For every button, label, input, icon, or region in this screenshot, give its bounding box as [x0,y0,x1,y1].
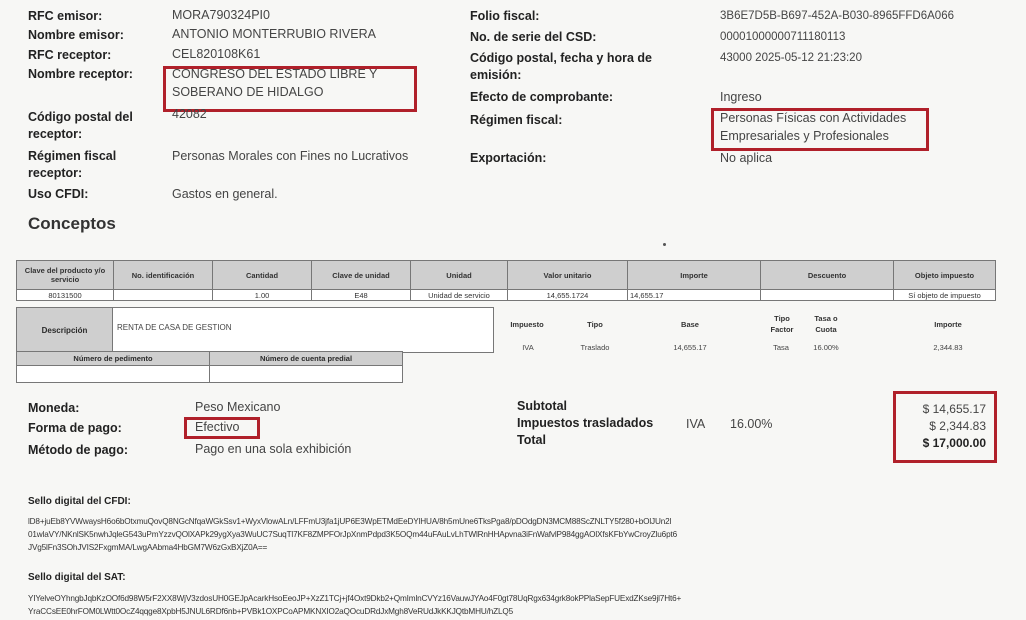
moneda-label: Moneda: [28,400,79,416]
tax-importe: 2,344.83 [918,343,978,352]
folio-label: Folio fiscal: [470,8,539,24]
sello-sat-label: Sello digital del SAT: [28,572,126,583]
rfc-receptor-label: RFC receptor: [28,47,111,63]
cell-valor-unitario: 14,655.1724 [508,290,628,301]
sello-sat-line2: YraCCsEE0hrFOM0LWtt0OcZ4qqge8XpbH5JNUL6R… [28,606,1018,619]
exportacion-label: Exportación: [470,150,546,166]
col-cantidad: Cantidad [213,261,312,290]
regimen-receptor-value: Personas Morales con Fines no Lucrativos [172,148,408,165]
col-importe: Importe [628,261,761,290]
tax-base: 14,655.17 [660,343,720,352]
cell-clave-unidad: E48 [312,290,411,301]
stray-dot [663,243,666,246]
subtotal-value: $ 14,655.17 [896,403,986,416]
cell-objeto-impuesto: Sí objeto de impuesto [894,290,996,301]
rfc-emisor-value: MORA790324PI0 [172,7,270,24]
efecto-value: Ingreso [720,89,762,106]
uso-cfdi-value: Gastos en general. [172,186,278,203]
col-valor-unitario: Valor unitario [508,261,628,290]
highlight-regimen-fiscal [711,108,929,151]
cell-importe: 14,655.17 [628,290,761,301]
tax-header-tipo: Tipo [575,320,615,329]
tax-header-impuesto: Impuesto [502,320,552,329]
col-clave-producto: Clave del producto y/o servicio [17,261,114,290]
metodo-pago-value: Pago en una sola exhibición [195,441,351,458]
impuesto-tasa: 16.00% [730,416,772,433]
forma-pago-label: Forma de pago: [28,420,122,436]
highlight-forma-pago [184,417,260,439]
rfc-emisor-label: RFC emisor: [28,8,102,24]
conceptos-header-row: Clave del producto y/o servicio No. iden… [17,261,996,290]
regimen-receptor-label-line1: Régimen fiscal [28,148,116,164]
tax-header-tasa-cuota: Tasa o Cuota [806,313,846,335]
impuesto-tipo: IVA [686,416,705,433]
col-objeto-impuesto: Objeto impuesto [894,261,996,290]
total-label: Total [517,434,546,447]
cell-cantidad: 1.00 [213,290,312,301]
pedimento-value [17,366,210,383]
sello-cfdi-label: Sello digital del CFDI: [28,496,131,507]
col-clave-unidad: Clave de unidad [312,261,411,290]
metodo-pago-label: Método de pago: [28,442,128,458]
moneda-value: Peso Mexicano [195,399,280,416]
nombre-emisor-value: ANTONIO MONTERRUBIO RIVERA [172,26,376,43]
table-row: 80131500 1.00 E48 Unidad de servicio 14,… [17,290,996,301]
regimen-receptor-label-line2: receptor: [28,165,82,181]
col-unidad: Unidad [411,261,508,290]
exportacion-value: No aplica [720,150,772,167]
tax-impuesto: IVA [510,343,546,352]
total-value: $ 17,000.00 [896,437,986,450]
cell-no-identificacion [114,290,213,301]
regimen-label: Régimen fiscal: [470,112,562,128]
tax-tipo-factor: Tasa [766,343,796,352]
sello-cfdi-line2: 01wlaVY/NKnlSK5nwhJqleG543uPmYzzvQOlXAPk… [28,529,1018,542]
conceptos-heading: Conceptos [28,214,116,234]
descripcion-value: RENTA DE CASA DE GESTION [117,323,232,332]
efecto-label: Efecto de comprobante: [470,89,613,105]
serie-csd-label: No. de serie del CSD: [470,29,596,45]
col-no-identificacion: No. identificación [114,261,213,290]
cp-fecha-label-line2: emisión: [470,67,521,83]
serie-csd-value: 00001000000711180113 [720,29,845,46]
pedimento-table: Número de pedimento Número de cuenta pre… [16,351,403,383]
tax-header-tipo-factor: Tipo Factor [762,313,802,335]
folio-value: 3B6E7D5B-B697-452A-B030-8965FFD6A066 [720,8,954,25]
tax-header-importe: Importe [918,320,978,329]
cell-descuento [761,290,894,301]
cell-unidad: Unidad de servicio [411,290,508,301]
descripcion-label: Descripción [17,308,113,352]
cp-receptor-value: 42082 [172,106,207,123]
nombre-receptor-label: Nombre receptor: [28,66,133,82]
sello-cfdi-line3: JVg5lFn3SOhJVIS2FxgmMA/LwgAAbma4HbGM7W6z… [28,542,1018,555]
cell-clave-producto: 80131500 [17,290,114,301]
sello-cfdi-line1: lD8+juEb8YVWwaysH6o6bOtxmuQovQ8NGcNfqaWG… [28,516,1018,529]
impuestos-trasladados-label: Impuestos trasladados [517,417,653,430]
nombre-emisor-label: Nombre emisor: [28,27,124,43]
tax-tasa-cuota: 16.00% [806,343,846,352]
sello-sat-line1: YIYelveOYhngbJqbKzOOf6d98W5rF2XX8WjV3zdo… [28,593,1018,606]
tax-header-base: Base [665,320,715,329]
descripcion-box: Descripción RENTA DE CASA DE GESTION [16,307,494,353]
cuenta-predial-value [210,366,403,383]
cp-fecha-value: 43000 2025-05-12 21:23:20 [720,50,862,67]
uso-cfdi-label: Uso CFDI: [28,186,88,202]
cp-receptor-label-line1: Código postal del [28,109,133,125]
tax-tipo: Traslado [572,343,618,352]
conceptos-table: Clave del producto y/o servicio No. iden… [16,260,996,301]
impuestos-value: $ 2,344.83 [896,420,986,433]
pedimento-label: Número de pedimento [17,352,210,366]
col-descuento: Descuento [761,261,894,290]
cuenta-predial-label: Número de cuenta predial [210,352,403,366]
subtotal-label: Subtotal [517,400,567,413]
cp-fecha-label-line1: Código postal, fecha y hora de [470,50,652,66]
cp-receptor-label-line2: receptor: [28,126,82,142]
rfc-receptor-value: CEL820108K61 [172,46,260,63]
